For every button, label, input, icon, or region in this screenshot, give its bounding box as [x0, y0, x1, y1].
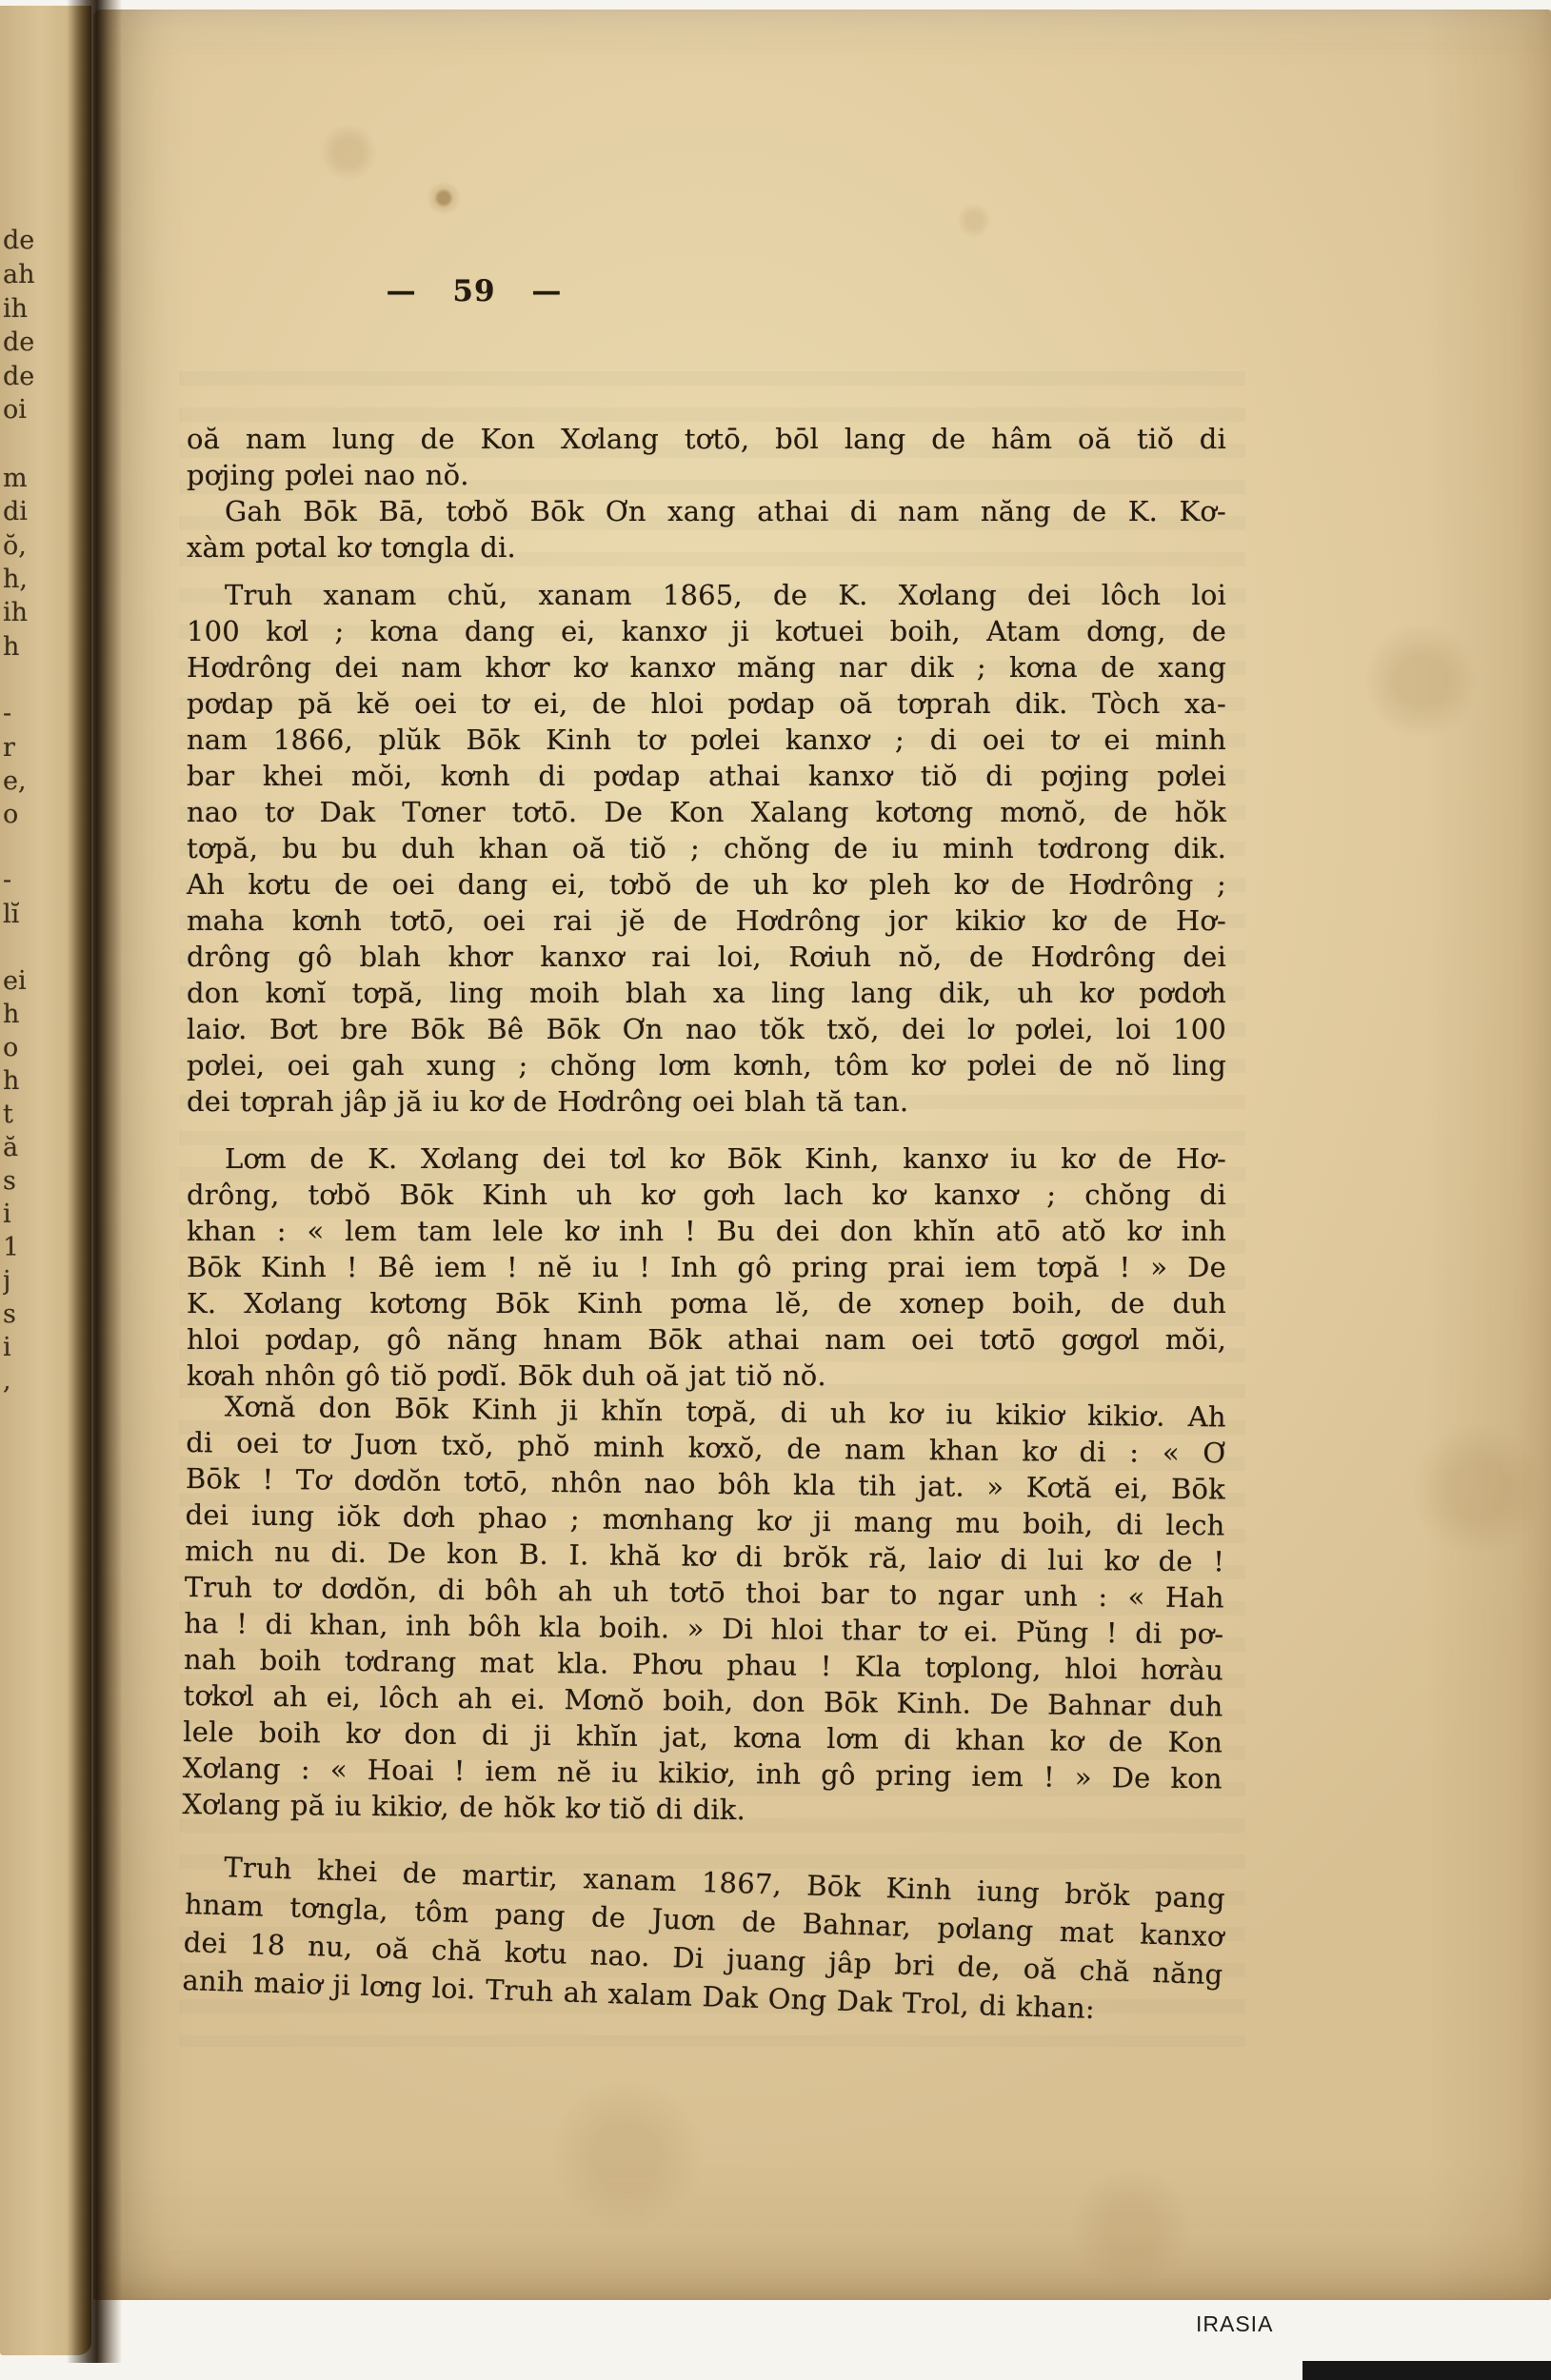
archive-watermark-label: IRASIA	[1196, 2311, 1273, 2337]
text-line: Ah kơtu de oei dang ei, tơbŏ de uh kơ pl…	[187, 866, 1226, 902]
spine-fragment: o	[3, 799, 47, 831]
text-line: Gah Bōk Bā, tơbŏ Bōk Ơn xang athai di na…	[187, 493, 1226, 529]
text-line: maha kơnh tơtō, oei rai jĕ de Hơdrông jo…	[187, 902, 1226, 939]
page-number: — 59 —	[360, 274, 588, 312]
text-line: 100 kơl ; kơna dang ei, kanxơ ji kơtuei …	[187, 613, 1226, 649]
text-line: tơpă, bu bu duh khan oă tiŏ ; chŏng de i…	[187, 830, 1226, 866]
text-line: nam 1866, plŭk Bōk Kinh tơ pơlei kanxơ ;…	[187, 722, 1226, 758]
spine-fragment: ih	[3, 293, 47, 326]
paragraph: Truh xanam chŭ, xanam 1865, de K. Xơlang…	[187, 577, 1226, 1120]
text-line: kơah nhôn gô tiŏ pơdĭ. Bōk duh oă jat ti…	[187, 1358, 1226, 1394]
spine-fragment: h	[3, 631, 47, 664]
page-surface: — 59 — oă nam lung de Kon Xơlang tơtō, b…	[93, 10, 1551, 2300]
spine-fragment: e,	[3, 765, 47, 798]
text-line: don kơnĭ tơpă, ling moih blah xa ling la…	[187, 975, 1226, 1011]
text-line: pơjing pơlei nao nŏ.	[187, 457, 1226, 493]
spine-fragment: -	[3, 698, 47, 730]
spine-fragment: ah	[3, 259, 47, 291]
spine-fragment: j	[3, 1265, 47, 1298]
text-line: drông, tơbŏ Bōk Kinh uh kơ gơh lach kơ k…	[187, 1177, 1226, 1213]
spine-fragment: di	[3, 496, 47, 528]
text-line: xàm pơtal kơ tơngla di.	[187, 529, 1226, 565]
text-line: khan : « lem tam lele kơ inh ! Bu dei do…	[187, 1213, 1226, 1249]
spine-fragment: de	[3, 361, 47, 393]
spine-fragment: o	[3, 1032, 47, 1064]
spine-fragment: ei	[3, 965, 47, 998]
spine-fragment: t	[3, 1099, 47, 1131]
facing-page-edge: deahihdedeoimdiŏ,h,ihh-re,o-lĭeihohtăsi1…	[0, 6, 91, 2355]
text-line: pơdap pă kĕ oei tơ ei, de hloi pơdap oă …	[187, 685, 1226, 722]
spine-fragment: s	[3, 1299, 47, 1331]
spine-fragment: i	[3, 1199, 47, 1231]
spine-fragment: i	[3, 1332, 47, 1364]
spine-fragment: ih	[3, 597, 47, 629]
spine-fragment: lĭ	[3, 899, 47, 931]
paragraph: Gah Bōk Bā, tơbŏ Bōk Ơn xang athai di na…	[187, 493, 1226, 565]
text-line: K. Xơlang kơtơng Bōk Kinh pơma lĕ, de xơ…	[187, 1285, 1226, 1321]
text-line: hloi pơdap, gô năng hnam Bōk athai nam o…	[187, 1321, 1226, 1358]
spine-fragment: s	[3, 1165, 47, 1198]
text-line: Bōk Kinh ! Bê iem ! nĕ iu ! Inh gô pring…	[187, 1249, 1226, 1285]
spine-fragment: de	[3, 225, 47, 257]
spine-fragment: m	[3, 463, 47, 495]
spine-fragment: ă	[3, 1132, 47, 1164]
text-line: bar khei mŏi, kơnh di pơdap athai kanxơ …	[187, 758, 1226, 794]
paragraph: oă nam lung de Kon Xơlang tơtō, bōl lang…	[187, 421, 1226, 493]
spine-fragment: h	[3, 1065, 47, 1098]
spine-fragment: ,	[3, 1365, 47, 1398]
paragraph: Lơm de K. Xơlang dei tơl kơ Bōk Kinh, ka…	[187, 1140, 1226, 1394]
paragraph: Xơnă don Bōk Kinh ji khĭn tơpă, di uh kơ…	[182, 1388, 1226, 1833]
text-line: laiơ. Bơt bre Bōk Bê Bōk Ơn nao tŏk txŏ,…	[187, 1011, 1226, 1047]
text-line: oă nam lung de Kon Xơlang tơtō, bōl lang…	[187, 421, 1226, 457]
spine-fragment: 1	[3, 1232, 47, 1264]
body-text: oă nam lung de Kon Xơlang tơtō, bōl lang…	[187, 421, 1226, 1999]
text-line: dei tơprah jâp jă iu kơ de Hơdrông oei b…	[187, 1083, 1226, 1120]
spine-fragment: h,	[3, 564, 47, 596]
spine-fragment: ŏ,	[3, 530, 47, 563]
spine-fragment: h	[3, 999, 47, 1031]
text-line: Hơdrông dei nam khơr kơ kanxơ măng nar d…	[187, 649, 1226, 685]
text-line: nao tơ Dak Tơner tơtō. De Kon Xalang kơt…	[187, 794, 1226, 830]
text-line: pơlei, oei gah xung ; chŏng lơm kơnh, tô…	[187, 1047, 1226, 1083]
text-line: Truh xanam chŭ, xanam 1865, de K. Xơlang…	[187, 577, 1226, 613]
spine-fragment: r	[3, 732, 47, 764]
spine-fragment: de	[3, 327, 47, 359]
paragraph: Truh khei de martir, xanam 1867, Bōk Kin…	[182, 1847, 1225, 2032]
text-line: drông gô blah khơr kanxơ rai loi, Rơiuh …	[187, 939, 1226, 975]
scanner-edge-strip	[1302, 2361, 1551, 2380]
spine-fragment: -	[3, 864, 47, 897]
scanned-book-page: deahihdedeoimdiŏ,h,ihh-re,o-lĭeihohtăsi1…	[0, 0, 1551, 2380]
spine-fragment: oi	[3, 394, 47, 426]
text-line: Lơm de K. Xơlang dei tơl kơ Bōk Kinh, ka…	[187, 1140, 1226, 1177]
